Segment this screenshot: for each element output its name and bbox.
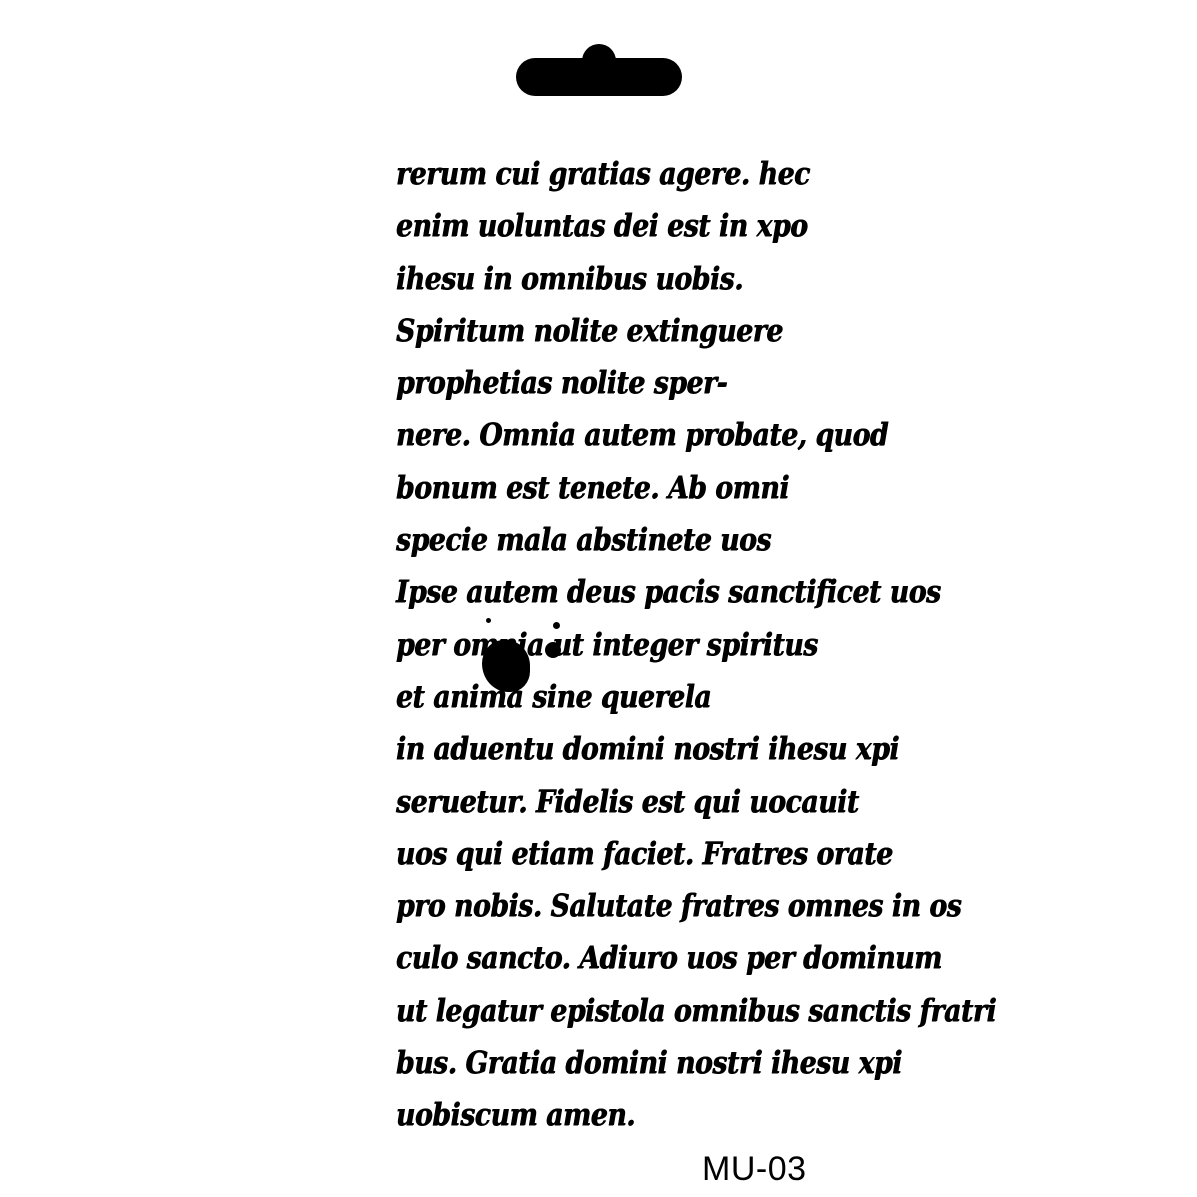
manuscript-line: pro nobis. Salutate fratres omnes in os bbox=[396, 880, 766, 932]
ink-splatter-icon bbox=[486, 618, 491, 623]
manuscript-line: nere. Omnia autem probate, quod bbox=[396, 409, 766, 461]
manuscript-line: ut legatur epistola omnibus sanctis frat… bbox=[396, 985, 766, 1037]
manuscript-line: ihesu in omnibus uobis. bbox=[396, 253, 766, 305]
manuscript-line: prophetias nolite sper- bbox=[396, 357, 766, 409]
manuscript-line: culo sancto. Adiuro uos per dominum bbox=[396, 932, 766, 984]
product-code-label: MU-03 bbox=[702, 1150, 807, 1189]
manuscript-line: seruetur. Fidelis est qui uocauit bbox=[396, 776, 766, 828]
manuscript-line: Ipse autem deus pacis sanctificet uos bbox=[396, 566, 766, 618]
manuscript-line: enim uoluntas dei est in xpo bbox=[396, 200, 766, 252]
ink-splatter-icon bbox=[553, 622, 560, 629]
manuscript-line: in aduentu domini nostri ihesu xpi bbox=[396, 723, 766, 775]
manuscript-line: uobiscum amen. bbox=[396, 1089, 766, 1141]
manuscript-line: uos qui etiam faciet. Fratres orate bbox=[396, 828, 766, 880]
ink-splatter-icon bbox=[545, 642, 561, 658]
manuscript-line: bus. Gratia domini nostri ihesu xpi bbox=[396, 1037, 766, 1089]
manuscript-text-block: rerum cui gratias agere. hec enim uolunt… bbox=[396, 148, 826, 1142]
hang-tab-bump bbox=[582, 44, 616, 74]
manuscript-line: bonum est tenete. Ab omni bbox=[396, 462, 766, 514]
manuscript-line: specie mala abstinete uos bbox=[396, 514, 766, 566]
manuscript-line: Spiritum nolite extinguere bbox=[396, 305, 766, 357]
manuscript-line: per omnia ut integer spiritus bbox=[396, 619, 766, 671]
manuscript-line: rerum cui gratias agere. hec bbox=[396, 148, 766, 200]
manuscript-line: et anima sine querela bbox=[396, 671, 766, 723]
